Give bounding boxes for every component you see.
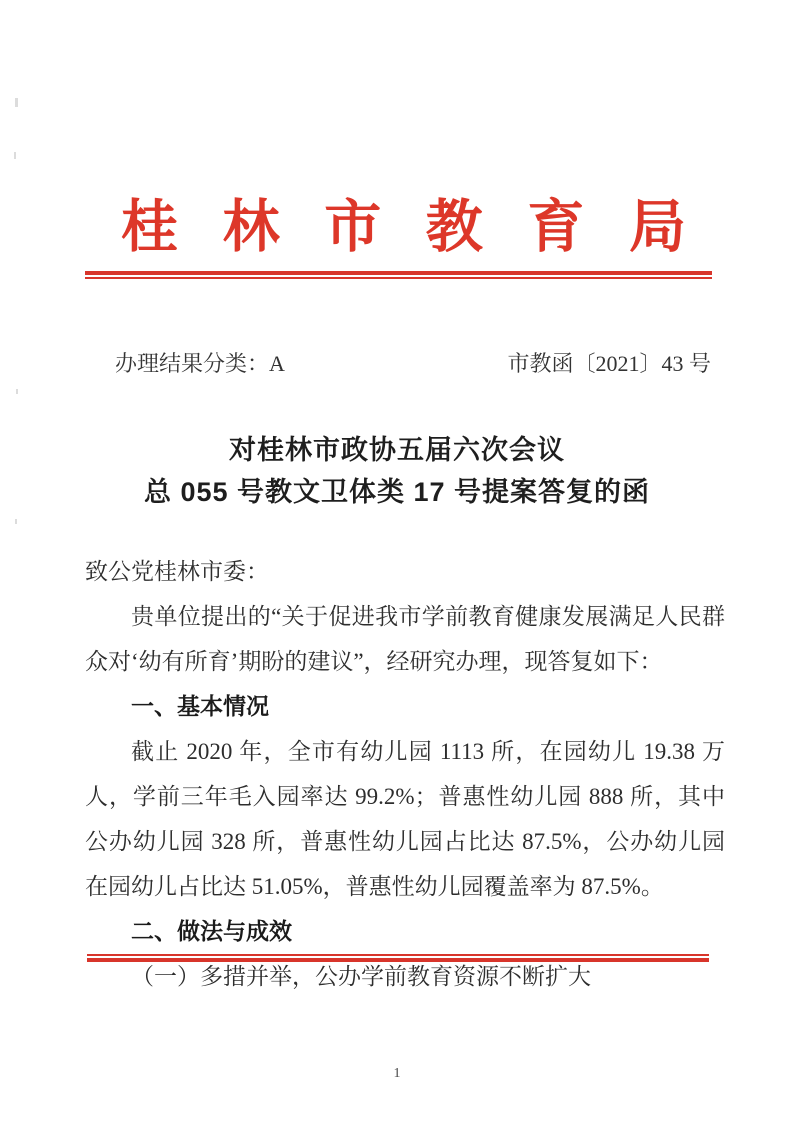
document-title: 对桂林市政协五届六次会议 总 055 号教文卫体类 17 号提案答复的函 bbox=[0, 429, 794, 513]
document-body: 致公党桂林市委： 贵单位提出的“关于促进我市学前教育健康发展满足人民群众对‘幼有… bbox=[85, 549, 725, 999]
masthead-char: 育 bbox=[527, 199, 584, 256]
document-page: 桂 林 市 教 育 局 办理结果分类：A 市教函〔2021〕43 号 对桂林市政… bbox=[0, 0, 794, 1123]
section-heading-2: 二、做法与成效 bbox=[85, 909, 725, 954]
agency-masthead: 桂 林 市 教 育 局 bbox=[121, 199, 686, 256]
page-number: 1 bbox=[0, 1066, 794, 1082]
masthead-char: 局 bbox=[629, 199, 686, 256]
masthead-divider-rule bbox=[85, 271, 712, 279]
scan-artifact bbox=[15, 519, 17, 524]
masthead-char: 桂 bbox=[121, 199, 178, 256]
statistics-paragraph: 截止 2020 年，全市有幼儿园 1113 所，在园幼儿 19.38 万人，学前… bbox=[85, 729, 725, 909]
scan-artifact bbox=[14, 152, 16, 159]
rule-thick-line bbox=[87, 958, 709, 962]
document-title-line1: 对桂林市政协五届六次会议 bbox=[0, 429, 794, 471]
masthead-char: 市 bbox=[324, 199, 381, 256]
section-heading-1: 一、基本情况 bbox=[85, 684, 725, 729]
scan-artifact bbox=[16, 389, 18, 394]
result-classification: 办理结果分类：A bbox=[115, 349, 285, 379]
scan-artifact bbox=[15, 98, 18, 107]
footer-rule bbox=[87, 954, 709, 962]
intro-paragraph: 贵单位提出的“关于促进我市学前教育健康发展满足人民群众对‘幼有所育’期盼的建议”… bbox=[85, 594, 725, 684]
rule-thin-line bbox=[85, 277, 712, 279]
masthead-char: 教 bbox=[426, 199, 483, 256]
masthead-char: 林 bbox=[223, 199, 280, 256]
document-title-line2: 总 055 号教文卫体类 17 号提案答复的函 bbox=[0, 471, 794, 513]
document-number: 市教函〔2021〕43 号 bbox=[507, 349, 711, 379]
document-info-row: 办理结果分类：A 市教函〔2021〕43 号 bbox=[85, 349, 725, 379]
salutation: 致公党桂林市委： bbox=[85, 549, 725, 594]
